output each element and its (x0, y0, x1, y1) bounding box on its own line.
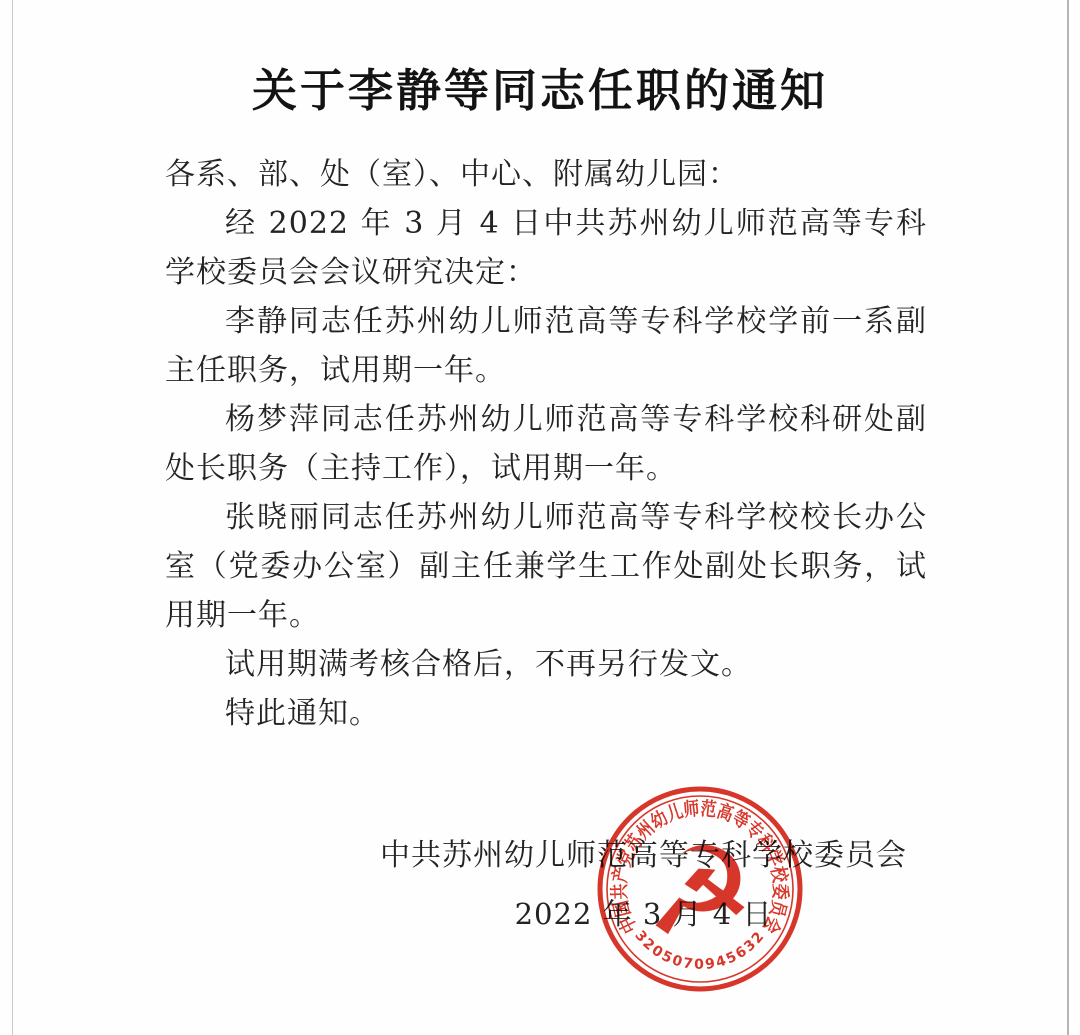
page-right-edge-line (1067, 0, 1069, 1035)
paragraph-probation-note: 试用期满考核合格后，不再另行发文。 (165, 640, 927, 689)
signature-block: 中共苏州幼儿师范高等专科学校委员会 2022 年 3 月 4 日 (380, 830, 907, 933)
paragraph-closing: 特此通知。 (165, 689, 927, 738)
document-body: 各系、部、处（室）、中心、附属幼儿园： 经 2022 年 3 月 4 日中共苏州… (165, 150, 927, 738)
document-page: 关于李静等同志任职的通知 各系、部、处（室）、中心、附属幼儿园： 经 2022 … (0, 0, 1080, 1035)
paragraph-decision: 经 2022 年 3 月 4 日中共苏州幼儿师范高等专科学校委员会会议研究决定： (165, 199, 927, 297)
paragraph-lijing: 李静同志任苏州幼儿师范高等专科学校学前一系副主任职务，试用期一年。 (165, 297, 927, 395)
seal-number: 3205070945632 (631, 928, 768, 973)
signature-date: 2022 年 3 月 4 日 (380, 892, 907, 933)
signature-organization: 中共苏州幼儿师范高等专科学校委员会 (380, 830, 907, 874)
paragraph-yangmengping: 杨梦萍同志任苏州幼儿师范高等专科学校科研处副处长职务（主持工作），试用期一年。 (165, 395, 927, 493)
document-title: 关于李静等同志任职的通知 (0, 54, 1080, 119)
paragraph-zhangxiaoli: 张晓丽同志任苏州幼儿师范高等专科学校校长办公室（党委办公室）副主任兼学生工作处副… (165, 493, 927, 640)
page-left-edge-line (12, 0, 13, 1035)
salutation-line: 各系、部、处（室）、中心、附属幼儿园： (165, 150, 927, 199)
